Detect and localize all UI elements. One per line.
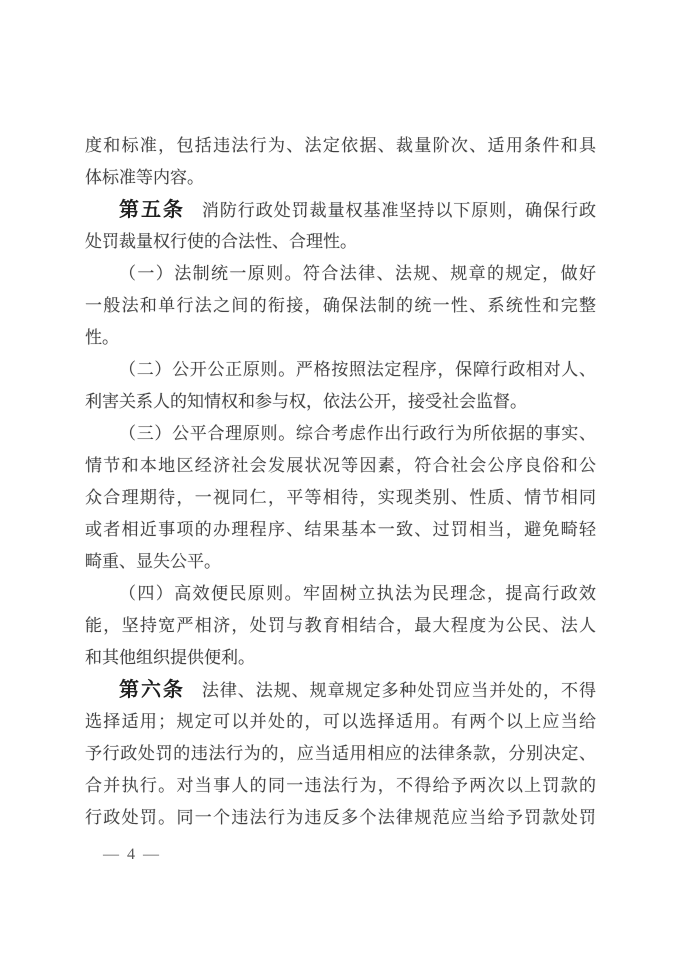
article-number: 第五条 — [119, 199, 185, 221]
text-line: （一）法制统一原则。符合法律、法规、规章的规定，做好 — [85, 258, 596, 290]
text-line: （二）公开公正原则。严格按照法定程序，保障行政相对人、 — [85, 354, 596, 386]
text-line: 第五条消防行政处罚裁量权基准坚持以下原则，确保行政 — [85, 194, 596, 226]
text-line: 体标准等内容。 — [85, 162, 596, 194]
text-line: 能，坚持宽严相济，处罚与教育相结合，最大程度为公民、法人 — [85, 610, 596, 642]
text-line: （四）高效便民原则。牢固树立执法为民理念，提高行政效 — [85, 578, 596, 610]
text-line: 选择适用；规定可以并处的，可以选择适用。有两个以上应当给 — [85, 706, 596, 738]
article-number: 第六条 — [119, 679, 185, 701]
text-line: 处罚裁量权行使的合法性、合理性。 — [85, 226, 596, 258]
page-number: — 4 — — [103, 845, 161, 865]
text-line: （三）公平合理原则。综合考虑作出行政行为所依据的事实、 — [85, 418, 596, 450]
text-line: 予行政处罚的违法行为的，应当适用相应的法律条款，分别决定、 — [85, 738, 596, 770]
text-line: 或者相近事项的办理程序、结果基本一致、过罚相当，避免畸轻 — [85, 514, 596, 546]
document-body: 度和标准，包括违法行为、法定依据、裁量阶次、适用条件和具体标准等内容。第五条消防… — [85, 130, 596, 834]
text-line: 利害关系人的知情权和参与权，依法公开，接受社会监督。 — [85, 386, 596, 418]
text-line: 一般法和单行法之间的衔接，确保法制的统一性、系统性和完整 — [85, 290, 596, 322]
text-line: 合并执行。对当事人的同一违法行为，不得给予两次以上罚款的 — [85, 770, 596, 802]
text-line: 和其他组织提供便利。 — [85, 642, 596, 674]
document-page: 度和标准，包括违法行为、法定依据、裁量阶次、适用条件和具体标准等内容。第五条消防… — [0, 0, 677, 957]
text-line: 第六条法律、法规、规章规定多种处罚应当并处的，不得 — [85, 674, 596, 706]
text-line: 畸重、显失公平。 — [85, 546, 596, 578]
text-line: 行政处罚。同一个违法行为违反多个法律规范应当给予罚款处罚 — [85, 802, 596, 834]
text-line: 情节和本地区经济社会发展状况等因素，符合社会公序良俗和公 — [85, 450, 596, 482]
text-line: 性。 — [85, 322, 596, 354]
text-line: 度和标准，包括违法行为、法定依据、裁量阶次、适用条件和具 — [85, 130, 596, 162]
text-line: 众合理期待，一视同仁，平等相待，实现类别、性质、情节相同 — [85, 482, 596, 514]
